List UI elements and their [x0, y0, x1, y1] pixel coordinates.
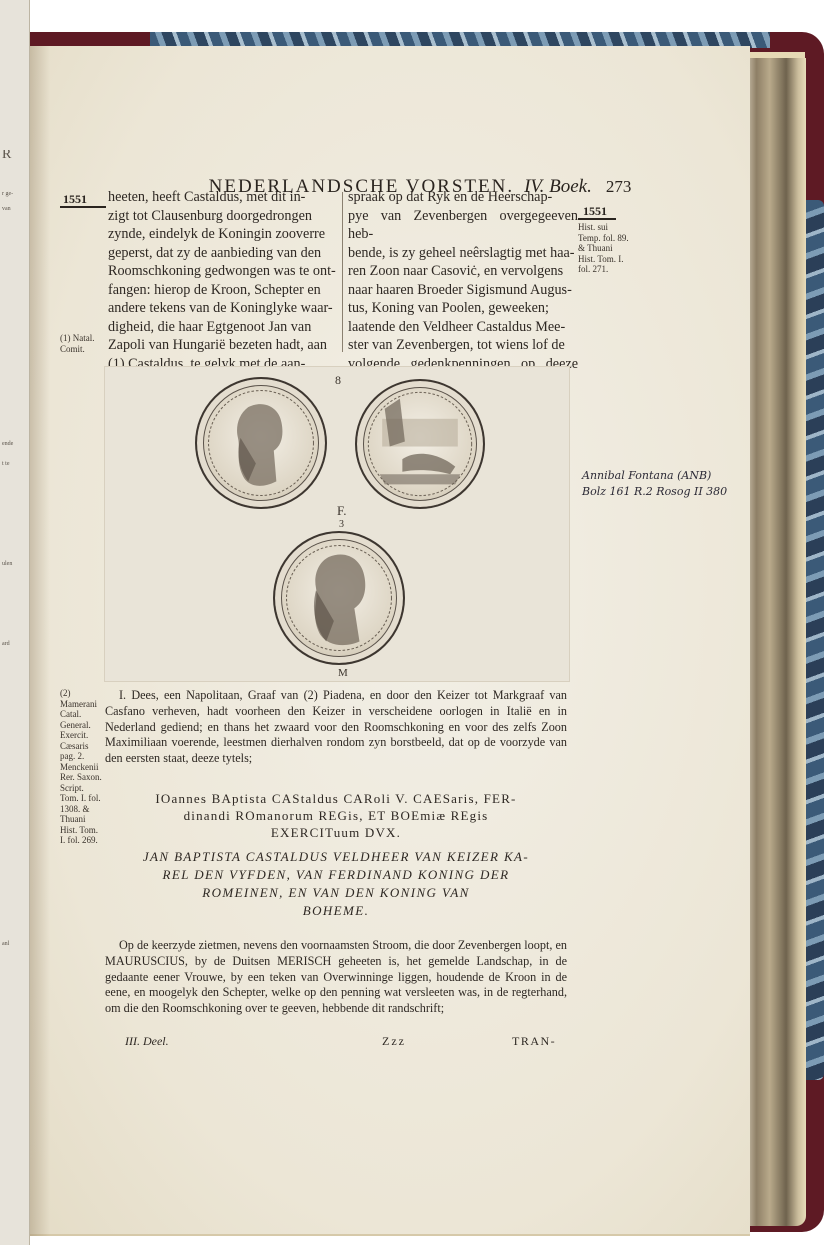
text-line: ren Zoon naar Casoviċ, en vervolgens — [348, 262, 578, 281]
text-line: laatende den Veldheer Castaldus Mee- — [348, 318, 578, 337]
text-line: andere tekens van de Koninglyke waar- — [108, 299, 336, 318]
paragraph-medal-description: I. Dees, een Napolitaan, Graaf van (2) P… — [105, 688, 567, 767]
column-divider — [342, 192, 343, 352]
margin-year-right-rule — [578, 218, 616, 220]
paragraph-reverse-description: Op de keerzyde zietmen, nevens den voorn… — [105, 938, 567, 1017]
engraved-plate: 8 F. 3 M — [104, 366, 570, 682]
portrait-profile-icon — [275, 533, 403, 663]
margin-note-mamerani: (2) Mamerani Catal. General. Exercit. Cæ… — [60, 688, 104, 846]
plate-mark-top: 8 — [335, 373, 341, 388]
inscription-line: EXERCITuum DVX. — [105, 824, 567, 841]
latin-inscription: IOannes BAptista CAStaldus CARoli V. CAE… — [105, 790, 567, 841]
inscription-line: dinandi ROmanorum REGis, ET BOEmiæ REgis — [105, 807, 567, 824]
text-line: heeten, heeft Castaldus, met dit in- — [108, 188, 336, 207]
prev-page-fragment: ard — [2, 640, 28, 649]
prev-page-fragment: anl — [2, 940, 28, 949]
handwritten-line: Annibal Fontana (ANB) — [582, 468, 727, 484]
text-line: naar haaren Broeder Sigismund Augus- — [348, 281, 578, 300]
prev-page-fragment: R — [2, 150, 28, 159]
medal-reverse-landscape — [355, 379, 485, 509]
portrait-profile-icon — [197, 379, 325, 507]
prev-page-fragment: t te — [2, 460, 28, 469]
gutter-shadow — [30, 46, 50, 1236]
footer-catchword: TRAN- — [512, 1034, 556, 1049]
text-line: zynde, eindelyk de Koningin zooverre — [108, 225, 336, 244]
margin-note-natal: (1) Natal. Comit. — [60, 333, 104, 354]
text-line: bende, is zy geheel neêrslagtig met haa- — [348, 244, 578, 263]
left-column: heeten, heeft Castaldus, met dit in- zig… — [108, 188, 336, 373]
text-line: digheid, die haar Egtgenoot Jan van — [108, 318, 336, 337]
text-line: zigt tot Clausenburg doorgedrongen — [108, 207, 336, 226]
handwritten-note: Annibal Fontana (ANB) Bolz 161 R.2 Rosog… — [582, 468, 727, 500]
margin-year-left: 1551 — [63, 192, 87, 207]
handwritten-line: Bolz 161 R.2 Rosog II 380 — [582, 484, 727, 500]
translation-line: ROMEINEN, EN VAN DEN KONING VAN — [105, 884, 567, 902]
prev-page-fragment: van — [2, 205, 28, 214]
text-line: pye van Zevenbergen overgegeeven heb- — [348, 207, 578, 244]
page-number: 273 — [606, 177, 632, 196]
plate-mark-m: M — [338, 667, 348, 679]
translation-line: JAN BAPTISTA CASTALDUS VELDHEER VAN KEIZ… — [105, 848, 567, 866]
medal-portrait-obverse-1 — [195, 377, 327, 509]
margin-year-right: 1551 — [583, 204, 607, 219]
footer-volume: III. Deel. — [125, 1034, 169, 1049]
margin-note-right: Hist. sui Temp. fol. 89. & Thuani Hist. … — [578, 222, 630, 275]
footer-signature: Zzz — [382, 1034, 406, 1049]
medal-portrait-obverse-2 — [273, 531, 405, 665]
text-line: Roomschkoning gedwongen was te ont- — [108, 262, 336, 281]
plate-mark-f: F. — [337, 503, 346, 519]
text-line: ster van Zevenbergen, tot wiens lof de — [348, 336, 578, 355]
text-line: tus, Koning van Poolen, geweeken; — [348, 299, 578, 318]
margin-year-left-rule — [60, 206, 106, 208]
text-line: fangen: hierop de Kroon, Schepter en — [108, 281, 336, 300]
landscape-allegory-icon — [357, 381, 483, 507]
translation-line: REL DEN VYFDEN, VAN FERDINAND KONING DER — [105, 866, 567, 884]
prev-page-fragment: ende — [2, 440, 28, 449]
text-line: spraak op dat Ryk en de Heerschap- — [348, 188, 578, 207]
text-line: Zapoli van Hungarië bezeten hadt, aan — [108, 336, 336, 355]
translation-line: BOHEME. — [105, 902, 567, 920]
text-line: geperst, dat zy de aanbieding van den — [108, 244, 336, 263]
inscription-line: IOannes BAptista CAStaldus CARoli V. CAE… — [105, 790, 567, 807]
prev-page-fragment: ulen — [2, 560, 28, 569]
dutch-translation: JAN BAPTISTA CASTALDUS VELDHEER VAN KEIZ… — [105, 848, 567, 920]
plate-mark-small: 3 — [339, 519, 344, 530]
